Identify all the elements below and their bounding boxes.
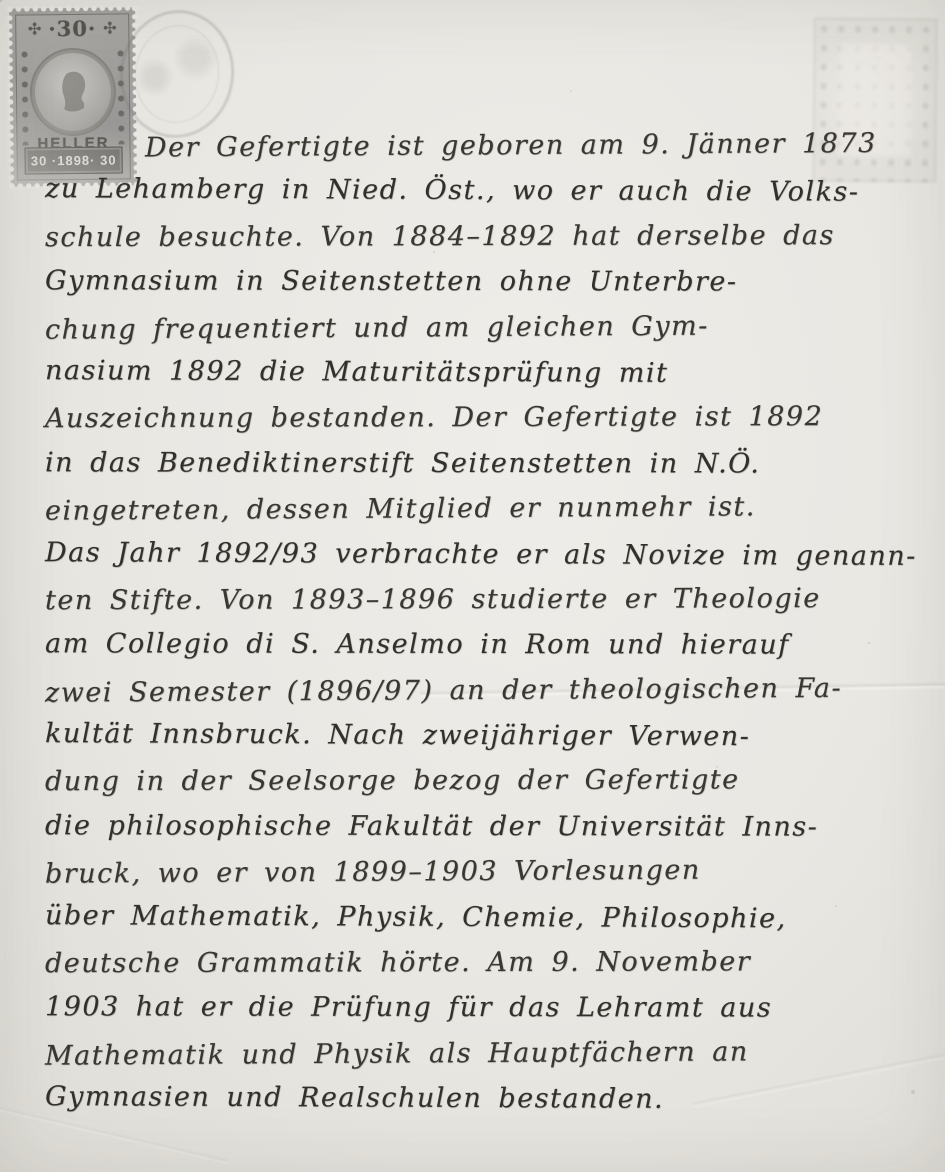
floral-ornament-icon: ✣ bbox=[103, 20, 117, 36]
handwritten-line: über Mathematik, Physik, Chemie, Philoso… bbox=[45, 900, 915, 949]
handwritten-line: zwei Semester (1896/97) an der theologis… bbox=[45, 672, 915, 723]
profile-portrait-icon bbox=[53, 67, 94, 117]
document-page: ✣ ·30· ✣ HELLER 30 ·1898· 30 Der Geferti… bbox=[0, 0, 945, 1172]
paper-specks bbox=[0, 0, 2, 2]
stamp-perforation-top bbox=[6, 4, 138, 12]
handwritten-line: schule besuchte. Von 1884–1892 hat derse… bbox=[45, 220, 915, 268]
stamp-header: ✣ ·30· ✣ bbox=[16, 17, 128, 39]
handwritten-line: 1903 hat er die Prüfung für das Lehramt … bbox=[45, 992, 915, 1039]
handwritten-line: Auszeichnung bestanden. Der Gefertigte i… bbox=[45, 401, 915, 449]
handwritten-line: am Collegio di S. Anselmo in Rom und hie… bbox=[45, 629, 915, 676]
handwritten-line: Gymnasium in Seitenstetten ohne Unterbre… bbox=[45, 265, 915, 312]
handwritten-line: Gymnasien und Realschulen bestanden. bbox=[45, 1081, 915, 1130]
handwritten-line: kultät Innsbruck. Nach zweijähriger Verw… bbox=[45, 718, 915, 767]
handwritten-line: eingetreten, dessen Mitglied er nunmehr … bbox=[45, 490, 915, 541]
emperor-portrait-medallion bbox=[29, 48, 116, 137]
stamp-perforation-left bbox=[6, 6, 15, 190]
handwritten-line: bruck, wo er von 1899–1903 Vorlesungen bbox=[45, 854, 915, 905]
handwritten-line: nasium 1892 die Maturitätsprüfung mit bbox=[45, 355, 915, 404]
stamp-denomination: ·30· bbox=[48, 18, 96, 40]
handwritten-line: deutsche Grammatik hörte. Am 9. November bbox=[45, 946, 915, 994]
handwritten-line: Der Gefertigte ist geboren am 9. Jänner … bbox=[145, 128, 915, 178]
handwritten-text-block: Der Gefertigte ist geboren am 9. Jänner … bbox=[45, 130, 915, 1129]
handwritten-line: ten Stifte. Von 1893–1896 studierte er T… bbox=[45, 583, 915, 631]
floral-ornament-icon: ✣ bbox=[28, 21, 42, 37]
handwritten-line: dung in der Seelsorge bezog der Gefertig… bbox=[45, 764, 915, 812]
handwritten-line: Mathematik und Physik als Hauptfächern a… bbox=[45, 1035, 915, 1086]
handwritten-line: zu Lehamberg in Nied. Öst., wo er auch d… bbox=[45, 173, 915, 222]
handwritten-line: chung frequentiert und am gleichen Gym- bbox=[45, 309, 915, 360]
handwritten-line: Das Jahr 1892/93 verbrachte er als Noviz… bbox=[45, 537, 915, 586]
handwritten-line: die philosophische Fakultät der Universi… bbox=[45, 810, 915, 857]
handwritten-line: in das Benediktinerstift Seitenstetten i… bbox=[45, 447, 915, 494]
